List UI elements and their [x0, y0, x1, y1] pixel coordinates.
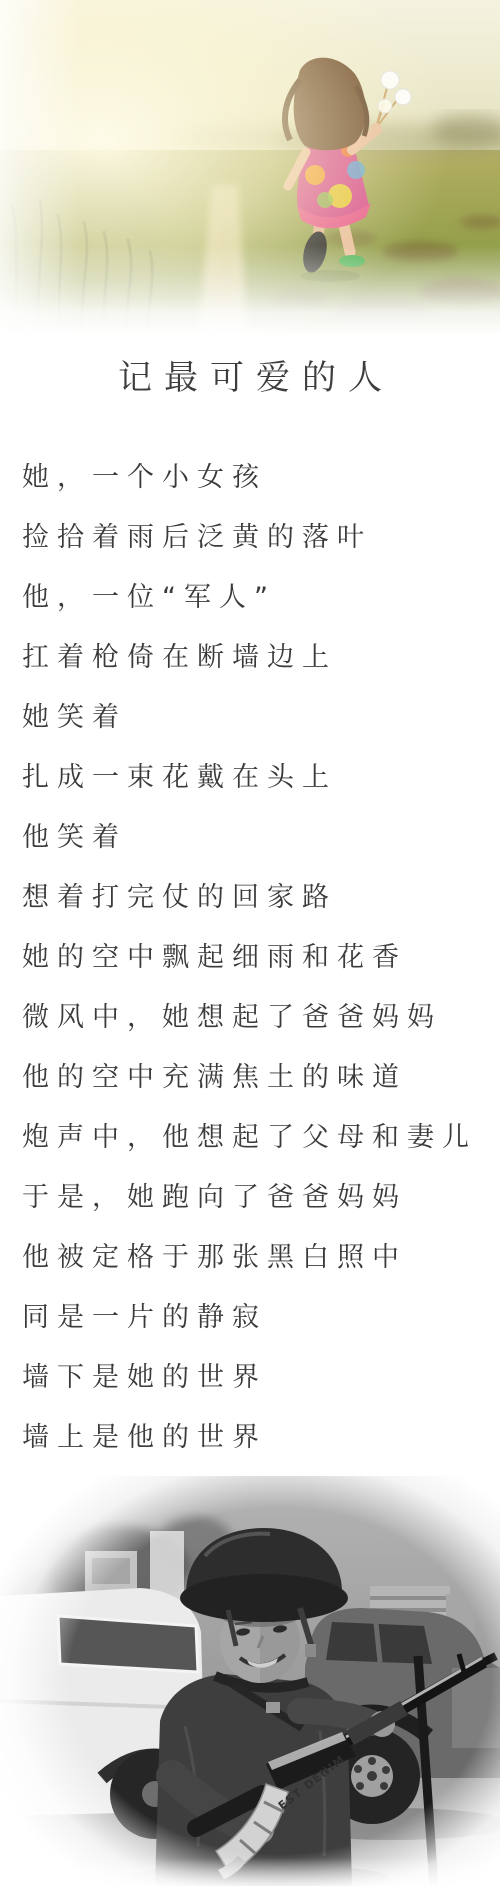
bottom-photo-child-soldier: EST DENIM	[0, 1476, 500, 1886]
poem-line: 炮声中，他想起了父母和妻儿	[22, 1108, 500, 1168]
poem-line: 微风中，她想起了爸爸妈妈	[22, 988, 500, 1048]
poem-line: 她笑着	[22, 688, 500, 748]
poem-line: 想着打完仗的回家路	[22, 868, 500, 928]
poem-line: 墙上是他的世界	[22, 1408, 500, 1468]
page-title: 记最可爱的人	[0, 342, 500, 414]
top-photo-girl-running-field	[0, 0, 500, 335]
poem-line: 他，一位“军人”	[22, 568, 500, 628]
poem-line: 同是一片的静寂	[22, 1288, 500, 1348]
poem-line: 他被定格于那张黑白照中	[22, 1228, 500, 1288]
poem-line: 她，一个小女孩	[22, 448, 500, 508]
poem-page: 记最可爱的人 她，一个小女孩 捡拾着雨后泛黄的落叶 他，一位“军人” 扛着枪倚在…	[0, 0, 500, 1886]
bottom-white-fade	[0, 245, 500, 335]
poem-line: 扛着枪倚在断墙边上	[22, 628, 500, 688]
poem-line: 墙下是她的世界	[22, 1348, 500, 1408]
poem-line: 捡拾着雨后泛黄的落叶	[22, 508, 500, 568]
poem-line: 扎成一束花戴在头上	[22, 748, 500, 808]
poem-line: 他的空中充满焦土的味道	[22, 1048, 500, 1108]
poem-line: 他笑着	[22, 808, 500, 868]
poem-line: 于是，她跑向了爸爸妈妈	[22, 1168, 500, 1228]
poem-body: 她，一个小女孩 捡拾着雨后泛黄的落叶 他，一位“军人” 扛着枪倚在断墙边上 她笑…	[22, 448, 500, 1468]
oval-vignette	[0, 1476, 500, 1886]
poem-line: 她的空中飘起细雨和花香	[22, 928, 500, 988]
photo-bottom-fade	[0, 1858, 500, 1886]
